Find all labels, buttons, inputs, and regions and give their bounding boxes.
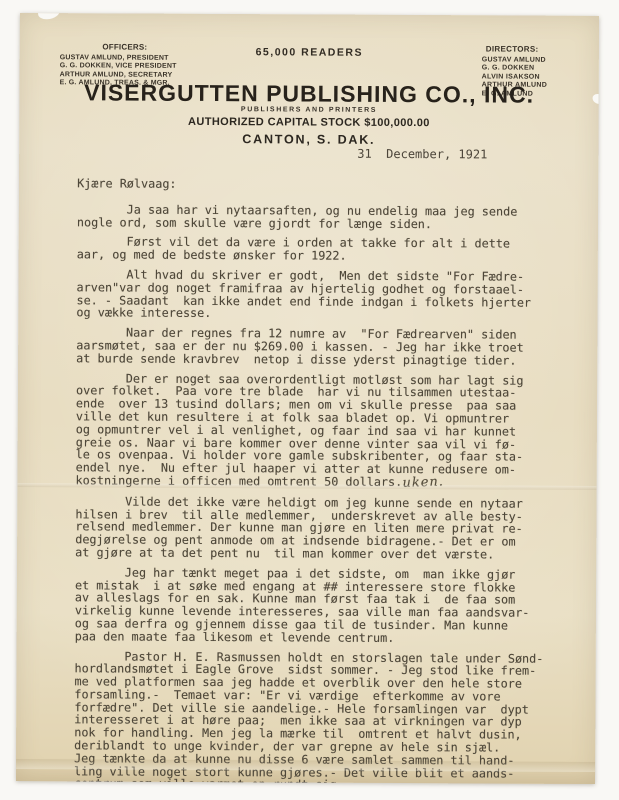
letter-paragraph: Alt hvad du skriver er godt, Men det sid… — [76, 268, 555, 322]
letterhead: OFFICERS: GUSTAV AMLUND, PRESIDENT G. G.… — [19, 13, 599, 166]
letter-paragraph: Vilde det ikke være heldigt om jeg kunne… — [75, 495, 554, 561]
date-line: 31 December, 1921 — [357, 147, 487, 162]
letter-paragraph: Ja saa har vi nytaarsaften, og nu endeli… — [77, 203, 556, 231]
letter-body: Kjære Rølvaag: Ja saa har vi nytaarsafte… — [16, 163, 598, 784]
officer-line: G. G. DOKKEN, VICE PRESIDENT — [60, 62, 190, 71]
letter-paragraph: Der er noget saa overordentligt motløst … — [76, 372, 556, 491]
salutation: Kjære Rølvaag: — [77, 177, 556, 192]
city-line: CANTON, S. DAK. — [19, 131, 598, 148]
handwritten-annotation: uken. — [402, 476, 444, 490]
letter-paper: OFFICERS: GUSTAV AMLUND, PRESIDENT G. G.… — [16, 13, 599, 784]
letter-paragraph: Jeg har tænkt meget paa i det sidste, om… — [75, 566, 554, 645]
letter-paragraph: Pastor H. E. Rasmussen holdt en storslag… — [74, 650, 554, 784]
paragraph-text: Der er noget saa overordentligt motløst … — [76, 371, 524, 489]
capital-stock-line: AUTHORIZED CAPITAL STOCK $100,000.00 — [19, 115, 598, 130]
directors-title: DIRECTORS: — [486, 45, 577, 54]
letter-paragraph: Naar der regnes fra 12 numre av "For Fæd… — [76, 326, 555, 367]
letter-paragraph: Først vil det da være i orden at takke f… — [77, 236, 556, 264]
director-line: G. G. DOKKEN — [482, 64, 577, 73]
